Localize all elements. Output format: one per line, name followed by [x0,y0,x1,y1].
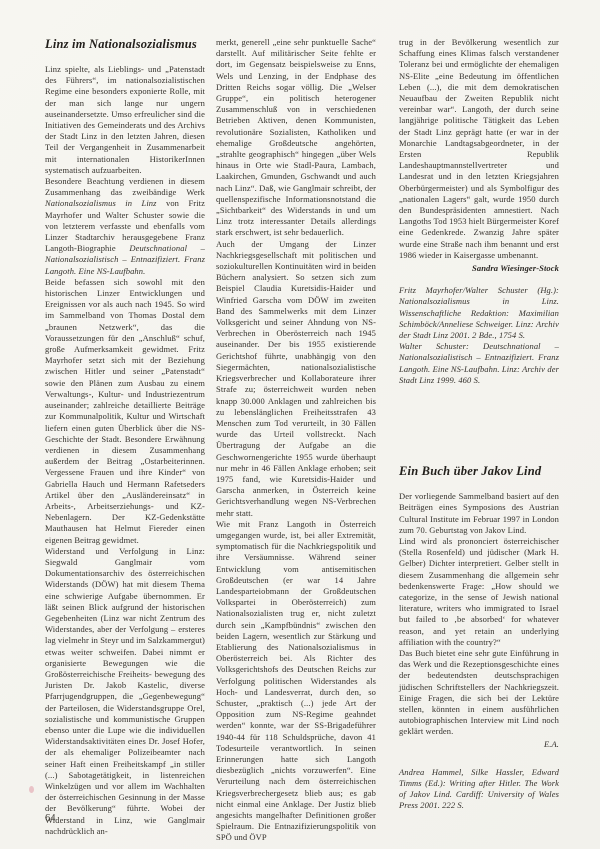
page-number: 64 [45,813,56,824]
bibliography-entry: Walter Schuster: Deutschnational – Natio… [399,341,559,386]
review1-col2-paragraph-1: merkt, generell „eine sehr punktuelle Sa… [216,37,376,239]
review1-col2-paragraph-3: Wie mit Franz Langoth in Österreich umge… [216,519,376,844]
review1-col1-paragraph-3: Beide befassen sich sowohl mit den histo… [45,277,205,546]
review1-col1-paragraph-1: Linz spielte, als Lieblings- und „Patens… [45,64,205,176]
review1-col3-paragraph-1: trug in der Bevölkerung wesentlich zur S… [399,37,559,261]
review1-col1-paragraph-4: Widerstand und Verfolgung in Linz: Siegw… [45,546,205,837]
scan-artifact [29,786,34,793]
paragraph-text: Besondere Beachtung verdienen in diesem … [45,176,205,197]
column-1: Linz im Nationalsozialismus Linz spielte… [45,37,205,837]
review1-bibliography: Fritz Mayrhofer/Walter Schuster (Hg.): N… [399,285,559,386]
review1-title: Linz im Nationalsozialismus [45,37,205,51]
review2-paragraph-3: Das Buch bietet eine sehr gute Einführun… [399,648,559,738]
column-2: merkt, generell „eine sehr punktuelle Sa… [216,37,376,844]
bibliography-entry: Fritz Mayrhofer/Walter Schuster (Hg.): N… [399,285,559,341]
review2-paragraph-2: Lind wird als prononciert österreichisch… [399,536,559,648]
review2-author: E.A. [399,739,559,750]
scanned-journal-page: Linz im Nationalsozialismus Linz spielte… [0,0,600,849]
bibliography-entry: Andrea Hammel, Silke Hassler, Edward Tim… [399,767,559,812]
book-title-italic: Nationalsozialismus in Linz [45,198,157,208]
review1-col2-paragraph-2: Auch der Umgang der Linzer Nachkriegsges… [216,239,376,519]
review2-bibliography: Andrea Hammel, Silke Hassler, Edward Tim… [399,767,559,812]
column-3: trug in der Bevölkerung wesentlich zur S… [399,37,559,812]
review2-paragraph-1: Der vorliegende Sammelband basiert auf d… [399,491,559,536]
review1-col1-paragraph-2: Besondere Beachtung verdienen in diesem … [45,176,205,277]
review2-title: Ein Buch über Jakov Lind [399,464,559,478]
review1-author: Sandra Wiesinger-Stock [399,263,559,274]
